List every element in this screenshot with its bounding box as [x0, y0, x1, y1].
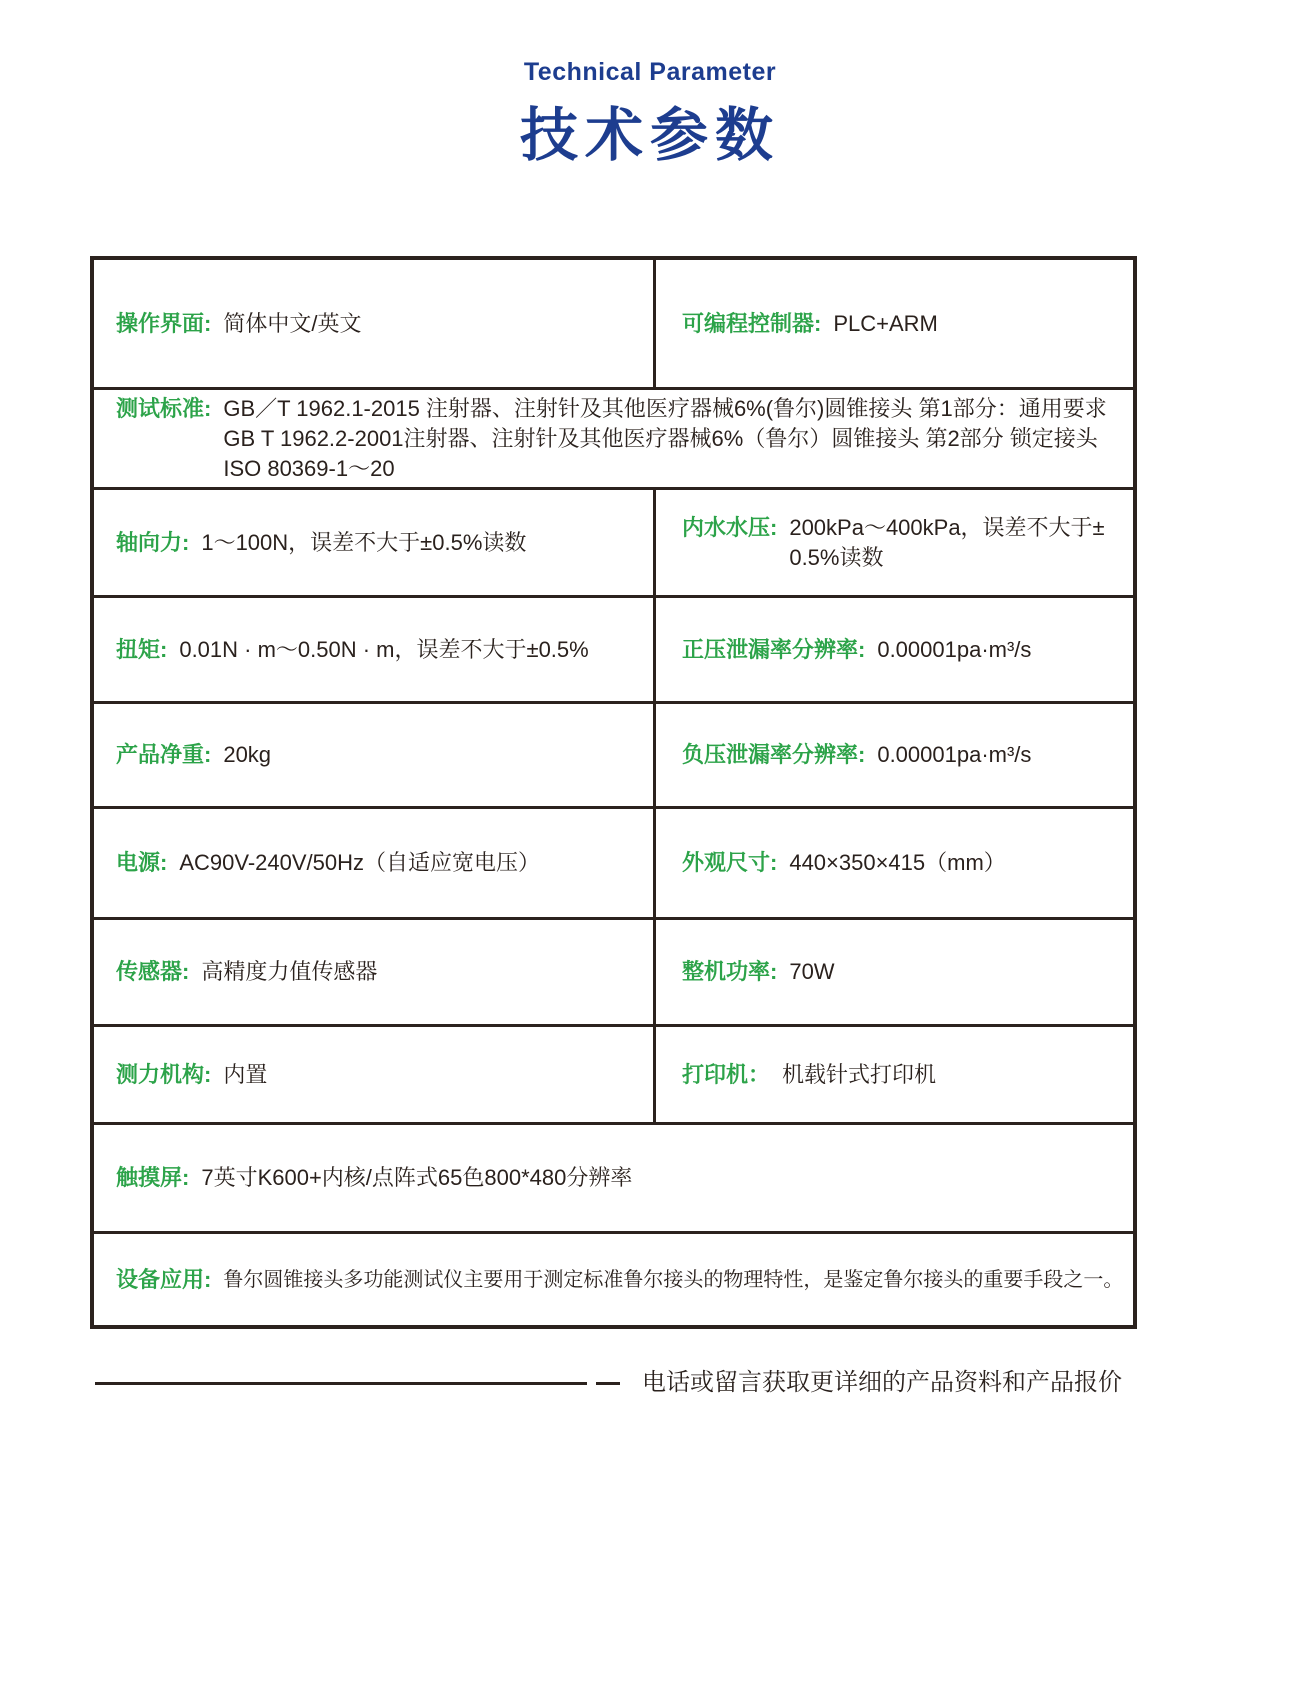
sensor-label: 传感器:	[116, 957, 189, 987]
test-standard-line-2: GB T 1962.2-2001注射器、注射针及其他医疗器械6%（鲁尔）圆锥接头…	[223, 424, 1106, 454]
force-mechanism-label: 测力机构:	[116, 1060, 211, 1090]
axial-force-value: 1～100N，误差不大于±0.5%读数	[201, 528, 526, 558]
page-title: 技术参数	[0, 88, 1300, 172]
water-pressure-line-1: 200kPa～400kPa，误差不大于±	[789, 513, 1104, 543]
printer-label: 打印机：	[682, 1060, 770, 1090]
table-row: 产品净重: 20kg 负压泄漏率分辨率: 0.00001pa·m³/s	[94, 701, 1133, 806]
torque-label: 扭矩:	[116, 635, 167, 665]
table-row: 扭矩: 0.01N · m～0.50N · m，误差不大于±0.5% 正压泄漏率…	[94, 595, 1133, 701]
programmable-controller-value: PLC+ARM	[833, 309, 938, 339]
footer: 电话或留言获取更详细的产品资料和产品报价	[95, 1368, 1122, 1398]
sensor-value: 高精度力值传感器	[201, 957, 377, 987]
touchscreen-label: 触摸屏:	[116, 1163, 189, 1193]
page: Technical Parameter 技术参数 操作界面: 简体中文/英文 可…	[0, 0, 1300, 1681]
application-value: 鲁尔圆锥接头多功能测试仪主要用于测定标准鲁尔接头的物理特性，是鉴定鲁尔接头的重要…	[223, 1265, 1123, 1295]
test-standard-value: GB／T 1962.1-2015 注射器、注射针及其他医疗器械6%(鲁尔)圆锥接…	[223, 394, 1106, 484]
positive-leak-resolution-label: 正压泄漏率分辨率:	[682, 635, 865, 665]
total-power-label: 整机功率:	[682, 957, 777, 987]
axial-force-label: 轴向力:	[116, 528, 189, 558]
total-power-value: 70W	[789, 957, 834, 987]
cell-dimensions: 外观尺寸: 440×350×415（mm）	[653, 809, 1133, 917]
cell-net-weight: 产品净重: 20kg	[94, 704, 653, 806]
cell-operation-interface: 操作界面: 简体中文/英文	[94, 260, 653, 387]
table-row: 轴向力: 1～100N，误差不大于±0.5%读数 内水水压: 200kPa～40…	[94, 487, 1133, 595]
footer-rule	[95, 1382, 587, 1385]
cell-total-power: 整机功率: 70W	[653, 920, 1133, 1024]
cell-sensor: 传感器: 高精度力值传感器	[94, 920, 653, 1024]
test-standard-line-1: GB／T 1962.1-2015 注射器、注射针及其他医疗器械6%(鲁尔)圆锥接…	[223, 394, 1106, 424]
footer-note: 电话或留言获取更详细的产品资料和产品报价	[642, 1368, 1122, 1398]
table-row: 测试标准: GB／T 1962.1-2015 注射器、注射针及其他医疗器械6%(…	[94, 387, 1133, 487]
negative-leak-resolution-value: 0.00001pa·m³/s	[877, 740, 1031, 770]
cell-positive-leak-resolution: 正压泄漏率分辨率: 0.00001pa·m³/s	[653, 598, 1133, 701]
table-row: 设备应用: 鲁尔圆锥接头多功能测试仪主要用于测定标准鲁尔接头的物理特性，是鉴定鲁…	[94, 1231, 1133, 1325]
table-row: 操作界面: 简体中文/英文 可编程控制器: PLC+ARM	[94, 260, 1133, 387]
table-row: 测力机构: 内置 打印机： 机载针式打印机	[94, 1024, 1133, 1122]
operation-interface-value: 简体中文/英文	[223, 309, 361, 339]
operation-interface-label: 操作界面:	[116, 309, 211, 339]
cell-axial-force: 轴向力: 1～100N，误差不大于±0.5%读数	[94, 490, 653, 595]
negative-leak-resolution-label: 负压泄漏率分辨率:	[682, 740, 865, 770]
cell-negative-leak-resolution: 负压泄漏率分辨率: 0.00001pa·m³/s	[653, 704, 1133, 806]
net-weight-value: 20kg	[223, 740, 271, 770]
printer-value: 机载针式打印机	[782, 1060, 936, 1090]
cell-force-mechanism: 测力机构: 内置	[94, 1027, 653, 1122]
application-label: 设备应用:	[116, 1265, 211, 1295]
cell-torque: 扭矩: 0.01N · m～0.50N · m，误差不大于±0.5%	[94, 598, 653, 701]
cell-application: 设备应用: 鲁尔圆锥接头多功能测试仪主要用于测定标准鲁尔接头的物理特性，是鉴定鲁…	[94, 1234, 1133, 1325]
cell-water-pressure: 内水水压: 200kPa～400kPa，误差不大于± 0.5%读数	[653, 490, 1133, 595]
positive-leak-resolution-value: 0.00001pa·m³/s	[877, 635, 1031, 665]
footer-dash	[596, 1382, 620, 1385]
torque-value: 0.01N · m～0.50N · m，误差不大于±0.5%	[179, 635, 588, 665]
table-row: 触摸屏: 7英寸K600+内核/点阵式65色800*480分辨率	[94, 1122, 1133, 1231]
test-standard-line-3: ISO 80369-1～20	[223, 454, 1106, 484]
cell-power-supply: 电源: AC90V-240V/50Hz（自适应宽电压）	[94, 809, 653, 917]
cell-touchscreen: 触摸屏: 7英寸K600+内核/点阵式65色800*480分辨率	[94, 1125, 1133, 1231]
dimensions-label: 外观尺寸:	[682, 848, 777, 878]
power-supply-value: AC90V-240V/50Hz（自适应宽电压）	[179, 848, 540, 878]
power-supply-label: 电源:	[116, 848, 167, 878]
touchscreen-value: 7英寸K600+内核/点阵式65色800*480分辨率	[201, 1163, 632, 1193]
cell-programmable-controller: 可编程控制器: PLC+ARM	[653, 260, 1133, 387]
table-row: 传感器: 高精度力值传感器 整机功率: 70W	[94, 917, 1133, 1024]
table-row: 电源: AC90V-240V/50Hz（自适应宽电压） 外观尺寸: 440×35…	[94, 806, 1133, 917]
test-standard-label: 测试标准:	[116, 394, 211, 424]
cell-test-standard: 测试标准: GB／T 1962.1-2015 注射器、注射针及其他医疗器械6%(…	[94, 390, 1133, 487]
subtitle-en: Technical Parameter	[0, 58, 1300, 87]
cell-printer: 打印机： 机载针式打印机	[653, 1027, 1133, 1122]
dimensions-value: 440×350×415（mm）	[789, 848, 1005, 878]
water-pressure-line-2: 0.5%读数	[789, 543, 1104, 573]
net-weight-label: 产品净重:	[116, 740, 211, 770]
force-mechanism-value: 内置	[223, 1060, 267, 1090]
spec-table: 操作界面: 简体中文/英文 可编程控制器: PLC+ARM 测试标准: GB／T…	[90, 256, 1137, 1329]
water-pressure-value: 200kPa～400kPa，误差不大于± 0.5%读数	[789, 513, 1104, 573]
programmable-controller-label: 可编程控制器:	[682, 309, 821, 339]
water-pressure-label: 内水水压:	[682, 513, 777, 543]
